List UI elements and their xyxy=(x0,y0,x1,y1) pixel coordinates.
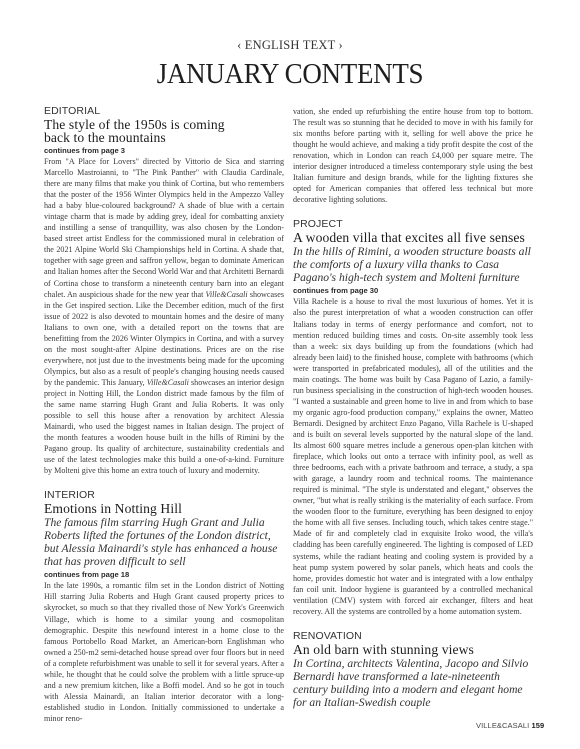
article-interior: INTERIOR Emotions in Notting Hill The fa… xyxy=(44,489,284,724)
article-headline: Emotions in Notting Hill xyxy=(44,502,284,515)
section-label: EDITORIAL xyxy=(44,105,284,117)
left-column: EDITORIAL The style of the 1950s is comi… xyxy=(44,105,284,724)
article-headline: The style of the 1950s is coming back to… xyxy=(44,118,244,144)
article-body-continued: vation, she ended up refurbishing the en… xyxy=(293,106,533,205)
article-headline: A wooden villa that excites all five sen… xyxy=(293,231,533,244)
section-kicker: ‹ ENGLISH TEXT › xyxy=(0,38,580,53)
continues-from-page: continues from page 18 xyxy=(44,569,284,580)
article-body: From "A Place for Lovers" directed by Vi… xyxy=(44,156,284,476)
page-title: JANUARY CONTENTS xyxy=(20,58,559,91)
magazine-name: VILLE&CASALI xyxy=(476,721,529,730)
article-deck: The famous film starring Hugh Grant and … xyxy=(44,516,284,568)
article-body: Villa Rachele is a house to rival the mo… xyxy=(293,296,533,616)
article-renovation: RENOVATION An old barn with stunning vie… xyxy=(293,630,533,709)
section-label: INTERIOR xyxy=(44,489,284,501)
magazine-name: Ville&Casali xyxy=(206,290,248,299)
page-footer: VILLE&CASALI 159 xyxy=(476,721,544,730)
article-body: In the late 1990s, a romantic film set i… xyxy=(44,580,284,724)
article-headline: An old barn with stunning views xyxy=(293,643,533,656)
article-editorial: EDITORIAL The style of the 1950s is comi… xyxy=(44,105,284,476)
article-deck: In Cortina, architects Valentina, Jacopo… xyxy=(293,657,533,709)
continues-from-page: continues from page 30 xyxy=(293,285,533,296)
magazine-name: Ville&Casali xyxy=(147,378,189,387)
section-label: PROJECT xyxy=(293,218,533,230)
continues-from-page: continues from page 3 xyxy=(44,145,284,156)
right-column: vation, she ended up refurbishing the en… xyxy=(293,106,533,709)
article-deck: In the hills of Rimini, a wooden structu… xyxy=(293,245,533,284)
page-number: 159 xyxy=(532,721,545,730)
article-project: PROJECT A wooden villa that excites all … xyxy=(293,218,533,616)
section-label: RENOVATION xyxy=(293,630,533,642)
